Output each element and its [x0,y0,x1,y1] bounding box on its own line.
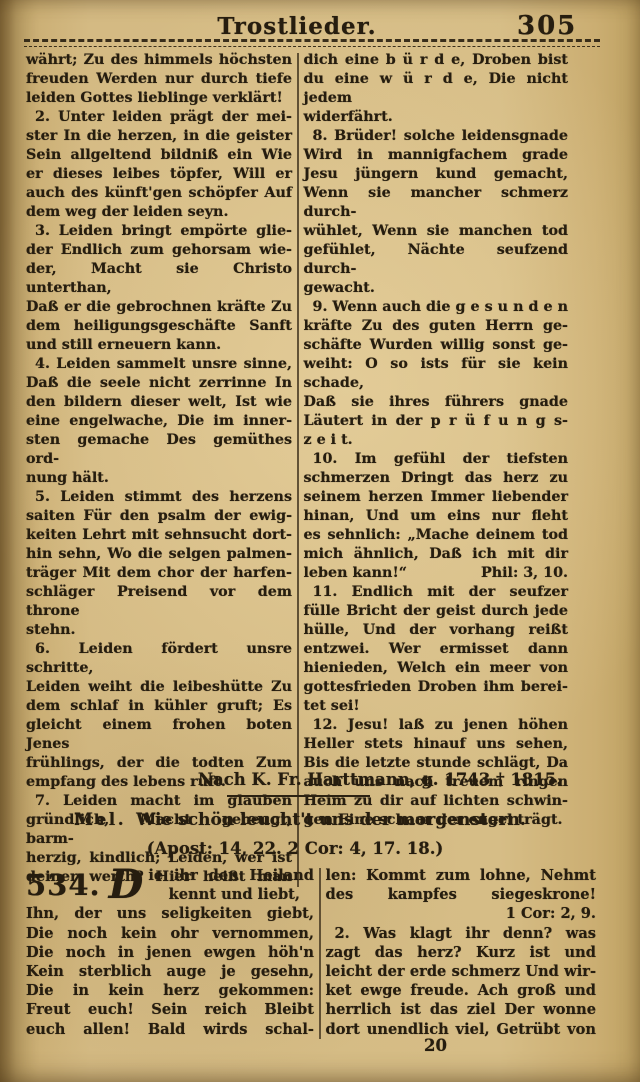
page-number: 305 [517,11,577,41]
text-line: der, Macht sie Christo unterthan, [26,260,292,298]
text-line: 3. Leiden bringt empörte glie- [26,222,292,241]
paragraph: 5. Leiden stimmt des herzenssaiten Für d… [26,488,292,640]
text-line: mich ähnlich, Daß ich mit dir [304,545,569,564]
text-line: du eine w ü r d e, Die nicht jedem [304,70,569,108]
text-line: hinan, Und um eins nur fleht [304,507,569,526]
text-line: euch allen! Bald wirds schal- [26,1020,314,1039]
footer-signature: 20 [424,1036,447,1055]
text-line: 8. Brüder! solche leidensgnade [304,127,569,146]
column-divider [297,53,299,887]
text-line: gottesfrieden Droben ihm berei- [304,678,569,697]
text-line: sten gemache Des gemüthes ord- [26,431,292,469]
text-line: widerfährt. [304,108,569,127]
text-line: Sein allgeltend bildniß ein Wie [26,146,292,165]
text-line: Daß er die gebrochnen kräfte Zu [26,298,292,317]
text-fragment: Phil: 3, 10. [481,564,568,583]
text-line: Freut euch! Sein reich Bleibt [26,1000,314,1019]
opening-lines: ie ihr den Heiland kennt und liebt, [148,866,314,904]
text-line: len: Kommt zum lohne, Nehmt [326,866,597,885]
melody-line: Mel.Wie schön leucht't uns der morgenste… [0,810,600,830]
text-line: Ihn, der uns seligkeiten giebt, [26,904,314,923]
text-line: seinem herzen Immer liebender [304,488,569,507]
text-line: dem schlaf in kühler gruft; Es [26,697,292,716]
text-line: z e i t. [304,431,569,450]
text-line: er dieses leibes töpfer, Will er [26,165,292,184]
text-line: währt; Zu des himmels höchsten [26,51,292,70]
text-line: dem heiligungsgeschäfte Sanft [26,317,292,336]
text-line: Kein sterblich auge je gesehn, [26,962,314,981]
text-line: hin sehn, Wo die selgen palmen- [26,545,292,564]
hymn-534-text: 534. D ie ihr den Heiland kennt und lieb… [26,866,596,1039]
section-divider-rule [227,795,370,797]
text-line: 2. Unter leiden prägt der mei- [26,108,292,127]
text-line: Daß die seele nicht zerrinne In [26,374,292,393]
text-line: Heller stets hinauf uns sehen, [304,735,569,754]
paragraph: Ihn, der uns seligkeiten giebt,Die noch … [26,904,314,1038]
text-line: keiten Lehrt mit sehnsucht dort- [26,526,292,545]
header-divider-rule [24,39,600,47]
text-line: 9. Wenn auch die g e s u n d e n [304,298,569,317]
paragraph: 10. Im gefühl der tiefstenschmerzen Drin… [304,450,569,583]
text-line: entzwei. Wer ermisset dann [304,640,569,659]
text-line: Die noch in jenen ewgen höh'n [26,943,314,962]
hymn-number: 534. [26,876,101,895]
text-line: ster In die herzen, in die geister [26,127,292,146]
text-line: 10. Im gefühl der tiefsten [304,450,569,469]
text-line: Wenn sie mancher schmerz durch- [304,184,569,222]
paragraph: 9. Wenn auch die g e s u n d e nkräfte Z… [304,298,569,450]
text-line: Jesu jüngern kund gemacht, [304,165,569,184]
text-line: saiten Für den psalm der ewig- [26,507,292,526]
paragraph: 2. Was klagt ihr denn? waszagt das herz?… [326,924,597,1039]
text-line: den bildern dieser welt, Ist wie [26,393,292,412]
text-line: 4. Leiden sammelt unsre sinne, [26,355,292,374]
text-line: 6. Leiden fördert unsre schritte, [26,640,292,678]
text-line: gefühlet, Nächte seufzend durch- [304,241,569,279]
text-line: kennt und liebt, [148,885,314,904]
text-line: Die in kein herz gekommen: [26,981,314,1000]
paragraph: 3. Leiden bringt empörte glie-der Endlic… [26,222,292,355]
text-line: 12. Jesu! laß zu jenen höhen [304,716,569,735]
text-line: des kampfes siegeskrone! [326,885,597,904]
text-line: schäfte Wurden willig sonst ge- [304,336,569,355]
hymn-left-column: 534. D ie ihr den Heiland kennt und lieb… [26,866,314,1039]
text-line: zagt das herz? Kurz ist und [326,943,597,962]
text-line: träger Mit dem chor der harfen- [26,564,292,583]
text-line: hülle, Und der vorhang reißt [304,621,569,640]
text-line: dort unendlich viel, Getrübt von [326,1020,597,1039]
text-line: leben kann!“Phil: 3, 10. [304,564,569,583]
book-page: Trostlieder. 305 währt; Zu des himmels h… [0,0,640,1082]
paragraph: dich eine b ü r d e, Droben bistdu eine … [304,51,569,127]
paragraph: währt; Zu des himmels höchstenfreuden We… [26,51,292,108]
text-line: freuden Werden nur durch tiefe [26,70,292,89]
hymn-opening: 534. D ie ihr den Heiland kennt und lieb… [26,866,314,904]
text-line: fülle Bricht der geist durch jede [304,602,569,621]
hymn-right-column: len: Kommt zum lohne, Nehmtdes kampfes s… [326,866,597,1039]
paragraph: 2. Unter leiden prägt der mei-ster In di… [26,108,292,222]
text-line: schläger Preisend vor dem throne [26,583,292,621]
text-line: stehn. [26,621,292,640]
text-line: dem weg der leiden seyn. [26,203,292,222]
text-line: hienieden, Welch ein meer von [304,659,569,678]
text-fragment: leben kann!“ [304,564,407,583]
melody-label: Mel. [74,810,126,830]
hymn-533-text: währt; Zu des himmels höchstenfreuden We… [26,51,568,887]
text-line: kräfte Zu des guten Herrn ge- [304,317,569,336]
text-line: dich eine b ü r d e, Droben bist [304,51,569,70]
melody-title: Wie schön leucht't uns der morgenstern. [136,810,526,830]
text-line: 2. Was klagt ihr denn? was [326,924,597,943]
text-line: 11. Endlich mit der seufzer [304,583,569,602]
paragraph: 8. Brüder! solche leidensgnadeWird in ma… [304,127,569,298]
text-line: weiht: O so ists für sie kein schade, [304,355,569,393]
paragraph: 11. Endlich mit der seufzerfülle Bricht … [304,583,569,716]
scripture-reference: (Apost: 14, 22. 2 Cor: 4, 17. 18.) [0,839,590,858]
text-line: tet sei! [304,697,569,716]
author-attribution: Nach K. Fr. Harttmann, g. 1743 † 1815. [198,770,562,789]
page-title: Trostlieder. [0,13,594,40]
text-line: Die noch kein ohr vernommen, [26,924,314,943]
left-column: währt; Zu des himmels höchstenfreuden We… [26,51,292,887]
text-line: und still erneuern kann. [26,336,292,355]
text-line: auch des künft'gen schöpfer Auf [26,184,292,203]
text-fragment: 1 Cor: 2, 9. [506,904,596,923]
text-line: gleicht einem frohen boten Jenes [26,716,292,754]
text-line: wühlet, Wenn sie manchen tod [304,222,569,241]
drop-cap-letter: D [109,866,144,904]
text-line: Daß sie ihres führers gnade [304,393,569,412]
right-column: dich eine b ü r d e, Droben bistdu eine … [304,51,569,887]
text-line: leiden Gottes lieblinge verklärt! [26,89,292,108]
text-line: der Endlich zum gehorsam wie- [26,241,292,260]
text-line: Wird in mannigfachem grade [304,146,569,165]
text-line: leicht der erde schmerz Und wir- [326,962,597,981]
text-line: ket ewge freude. Ach groß und [326,981,597,1000]
column-divider [319,868,321,1039]
paragraph: len: Kommt zum lohne, Nehmtdes kampfes s… [326,866,597,924]
text-line: Leiden weiht die leibeshütte Zu [26,678,292,697]
text-line: ie ihr den Heiland [148,866,314,885]
text-line: schmerzen Dringt das herz zu [304,469,569,488]
text-line: gewacht. [304,279,569,298]
text-line: Läutert in der p r ü f u n g s- [304,412,569,431]
paragraph: 4. Leiden sammelt unsre sinne,Daß die se… [26,355,292,488]
hymn-left-lines: Ihn, der uns seligkeiten giebt,Die noch … [26,904,314,1038]
text-line: es sehnlich: „Mache deinem tod [304,526,569,545]
text-line: 5. Leiden stimmt des herzens [26,488,292,507]
text-line: eine engelwache, Die im inner- [26,412,292,431]
text-line: herrlich ist das ziel Der wonne [326,1000,597,1019]
text-line: nung hält. [26,469,292,488]
text-line: 1 Cor: 2, 9. [326,904,597,923]
